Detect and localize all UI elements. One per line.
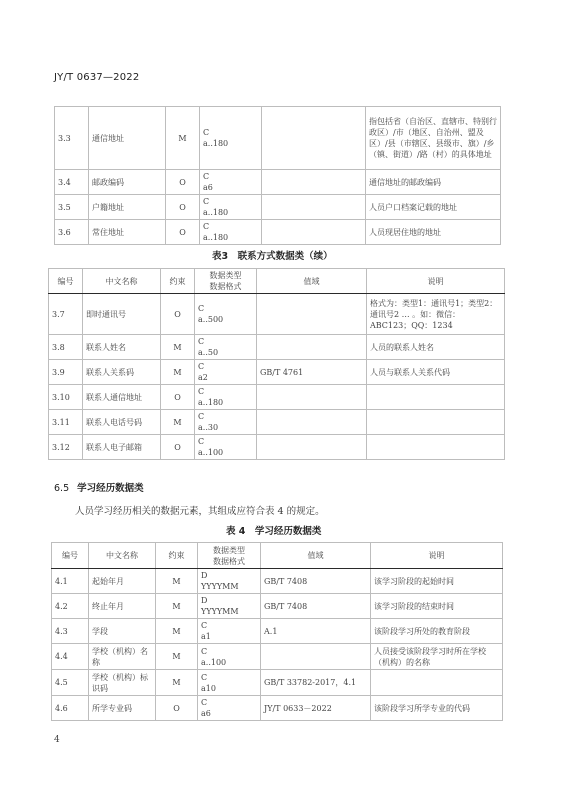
table-row: 4.5 学校（机构）标识码 M Ca10 GB/T 33782-2017，4.1: [52, 670, 503, 696]
cell-domain: [257, 294, 367, 335]
table-row: 3.3 通信地址 M Ca..180 指包括省（自治区、直辖市、特别行政区）/市…: [55, 107, 501, 170]
cell-description: 格式为：类型1：通讯号1；类型2：通讯号2 … 。如：微信：ABC123；QQ：…: [367, 294, 505, 335]
section-paragraph: 人员学习经历相关的数据元素，其组成应符合表 4 的规定。: [75, 503, 325, 517]
cell-id: 3.5: [55, 195, 89, 220]
cell-name: 联系人姓名: [83, 335, 161, 360]
cell-constraint: O: [161, 435, 195, 460]
cell-name: 所学专业码: [89, 696, 156, 721]
cell-domain: [257, 385, 367, 410]
cell-description: 指包括省（自治区、直辖市、特别行政区）/市（地区、自治州、盟及区）/县（市辖区、…: [366, 107, 501, 170]
table-row: 3.7 即时通讯号 O Ca..500 格式为：类型1：通讯号1；类型2：通讯号…: [49, 294, 505, 335]
cell-name: 联系人电子邮箱: [83, 435, 161, 460]
cell-constraint: M: [156, 670, 198, 696]
header-description: 说明: [371, 543, 503, 569]
cell-description: [367, 385, 505, 410]
cell-domain: GB/T 33782-2017，4.1: [261, 670, 371, 696]
cell-description: 人员的联系人姓名: [367, 335, 505, 360]
cell-id: 3.11: [49, 410, 83, 435]
cell-name: 户籍地址: [89, 195, 166, 220]
header-type-format: 数据类型数据格式: [198, 543, 261, 569]
cell-description: [371, 670, 503, 696]
cell-name: 联系人关系码: [83, 360, 161, 385]
header-constraint: 约束: [161, 269, 195, 294]
table-row: 3.4 邮政编码 O Ca6 通信地址的邮政编码: [55, 170, 501, 195]
cell-type-format: Ca..50: [195, 335, 257, 360]
cell-id: 3.9: [49, 360, 83, 385]
document-id: JY/T 0637—2022: [54, 72, 139, 83]
cell-constraint: O: [161, 385, 195, 410]
cell-constraint: M: [161, 410, 195, 435]
cell-description: [367, 410, 505, 435]
cell-domain: [257, 410, 367, 435]
cell-id: 3.10: [49, 385, 83, 410]
cell-id: 3.8: [49, 335, 83, 360]
contact-table: 编号 中文名称 约束 数据类型数据格式 值域 说明 3.7 即时通讯号 O Ca…: [48, 268, 505, 460]
cell-domain: [257, 335, 367, 360]
cell-id: 3.7: [49, 294, 83, 335]
table-row: 3.6 常住地址 O Ca..180 人员现居住地的地址: [55, 220, 501, 245]
cell-id: 3.4: [55, 170, 89, 195]
cell-description: 人员现居住地的地址: [366, 220, 501, 245]
cell-constraint: M: [156, 619, 198, 644]
cell-description: 通信地址的邮政编码: [366, 170, 501, 195]
cell-type-format: Ca..180: [195, 385, 257, 410]
cell-name: 常住地址: [89, 220, 166, 245]
cell-name: 学校（机构）名称: [89, 644, 156, 670]
cell-constraint: O: [166, 195, 200, 220]
header-type-format: 数据类型数据格式: [195, 269, 257, 294]
cell-id: 3.12: [49, 435, 83, 460]
section-title: 学习经历数据类: [77, 483, 144, 494]
table-row: 3.11 联系人电话号码 M Ca..30: [49, 410, 505, 435]
table-header-row: 编号 中文名称 约束 数据类型数据格式 值域 说明: [49, 269, 505, 294]
header-domain: 值域: [261, 543, 371, 569]
cell-id: 4.6: [52, 696, 89, 721]
cell-type-format: DYYYYMM: [198, 594, 261, 619]
table-header-row: 编号 中文名称 约束 数据类型数据格式 值域 说明: [52, 543, 503, 569]
cell-domain: GB/T 7408: [261, 569, 371, 594]
cell-id: 4.4: [52, 644, 89, 670]
cell-domain: [262, 195, 366, 220]
cell-domain: [257, 435, 367, 460]
cell-domain: JY/T 0633－2022: [261, 696, 371, 721]
cell-description: 该阶段学习所处的教育阶段: [371, 619, 503, 644]
cell-id: 4.5: [52, 670, 89, 696]
cell-constraint: O: [161, 294, 195, 335]
header-id: 编号: [52, 543, 89, 569]
header-constraint: 约束: [156, 543, 198, 569]
table-row: 3.9 联系人关系码 M Ca2 GB/T 4761 人员与联系人关系代码: [49, 360, 505, 385]
cell-domain: GB/T 4761: [257, 360, 367, 385]
cell-name: 即时通讯号: [83, 294, 161, 335]
cell-type-format: Ca1: [198, 619, 261, 644]
cell-type-format: DYYYYMM: [198, 569, 261, 594]
cell-domain: [261, 644, 371, 670]
cell-constraint: O: [156, 696, 198, 721]
cell-name: 通信地址: [89, 107, 166, 170]
cell-domain: [262, 220, 366, 245]
header-id: 编号: [49, 269, 83, 294]
header-description: 说明: [367, 269, 505, 294]
cell-type-format: Ca..30: [195, 410, 257, 435]
section-heading: 6.5学习经历数据类: [54, 480, 144, 494]
cell-type-format: Ca..180: [200, 220, 262, 245]
cell-constraint: M: [161, 335, 195, 360]
cell-constraint: M: [156, 569, 198, 594]
cell-constraint: M: [156, 594, 198, 619]
header-name: 中文名称: [83, 269, 161, 294]
table-row: 4.1 起始年月 M DYYYYMM GB/T 7408 该学习阶段的起始时间: [52, 569, 503, 594]
table-row: 3.12 联系人电子邮箱 O Ca..100: [49, 435, 505, 460]
cell-constraint: M: [156, 644, 198, 670]
table-row: 4.2 终止年月 M DYYYYMM GB/T 7408 该学习阶段的结束时间: [52, 594, 503, 619]
contact-table-continued: 3.3 通信地址 M Ca..180 指包括省（自治区、直辖市、特别行政区）/市…: [54, 106, 501, 245]
cell-type-format: Ca..100: [195, 435, 257, 460]
table-row: 4.4 学校（机构）名称 M Ca..100 人员接受该阶段学习时所在学校（机构…: [52, 644, 503, 670]
education-table: 编号 中文名称 约束 数据类型数据格式 值域 说明 4.1 起始年月 M DYY…: [51, 542, 503, 721]
cell-type-format: Ca6: [198, 696, 261, 721]
cell-description: 该学习阶段的起始时间: [371, 569, 503, 594]
header-name: 中文名称: [89, 543, 156, 569]
cell-name: 邮政编码: [89, 170, 166, 195]
cell-type-format: Ca6: [200, 170, 262, 195]
cell-domain: [262, 170, 366, 195]
table3-caption: 表3 联系方式数据类（续）: [212, 248, 333, 262]
cell-constraint: O: [166, 220, 200, 245]
cell-type-format: Ca..500: [195, 294, 257, 335]
cell-description: 人员与联系人关系代码: [367, 360, 505, 385]
cell-name: 终止年月: [89, 594, 156, 619]
table4-caption: 表 4 学习经历数据类: [226, 523, 321, 537]
section-number: 6.5: [54, 483, 69, 494]
cell-type-format: Ca10: [198, 670, 261, 696]
page-number: 4: [54, 735, 60, 745]
cell-constraint: M: [161, 360, 195, 385]
cell-type-format: Ca2: [195, 360, 257, 385]
cell-domain: GB/T 7408: [261, 594, 371, 619]
cell-description: 人员户口档案记载的地址: [366, 195, 501, 220]
table-row: 3.10 联系人通信地址 O Ca..180: [49, 385, 505, 410]
cell-id: 3.3: [55, 107, 89, 170]
table-row: 3.8 联系人姓名 M Ca..50 人员的联系人姓名: [49, 335, 505, 360]
cell-type-format: Ca..180: [200, 107, 262, 170]
cell-type-format: Ca..180: [200, 195, 262, 220]
cell-name: 起始年月: [89, 569, 156, 594]
cell-description: 该学习阶段的结束时间: [371, 594, 503, 619]
cell-constraint: O: [166, 170, 200, 195]
table-row: 4.6 所学专业码 O Ca6 JY/T 0633－2022 该阶段学习所学专业…: [52, 696, 503, 721]
cell-id: 3.6: [55, 220, 89, 245]
cell-name: 学校（机构）标识码: [89, 670, 156, 696]
cell-domain: [262, 107, 366, 170]
cell-name: 联系人通信地址: [83, 385, 161, 410]
cell-type-format: Ca..100: [198, 644, 261, 670]
cell-description: 该阶段学习所学专业的代码: [371, 696, 503, 721]
cell-name: 学段: [89, 619, 156, 644]
table-row: 3.5 户籍地址 O Ca..180 人员户口档案记载的地址: [55, 195, 501, 220]
cell-constraint: M: [166, 107, 200, 170]
cell-id: 4.2: [52, 594, 89, 619]
cell-domain: A.1: [261, 619, 371, 644]
header-domain: 值域: [257, 269, 367, 294]
cell-description: [367, 435, 505, 460]
cell-description: 人员接受该阶段学习时所在学校（机构）的名称: [371, 644, 503, 670]
table-row: 4.3 学段 M Ca1 A.1 该阶段学习所处的教育阶段: [52, 619, 503, 644]
cell-id: 4.1: [52, 569, 89, 594]
cell-name: 联系人电话号码: [83, 410, 161, 435]
cell-id: 4.3: [52, 619, 89, 644]
